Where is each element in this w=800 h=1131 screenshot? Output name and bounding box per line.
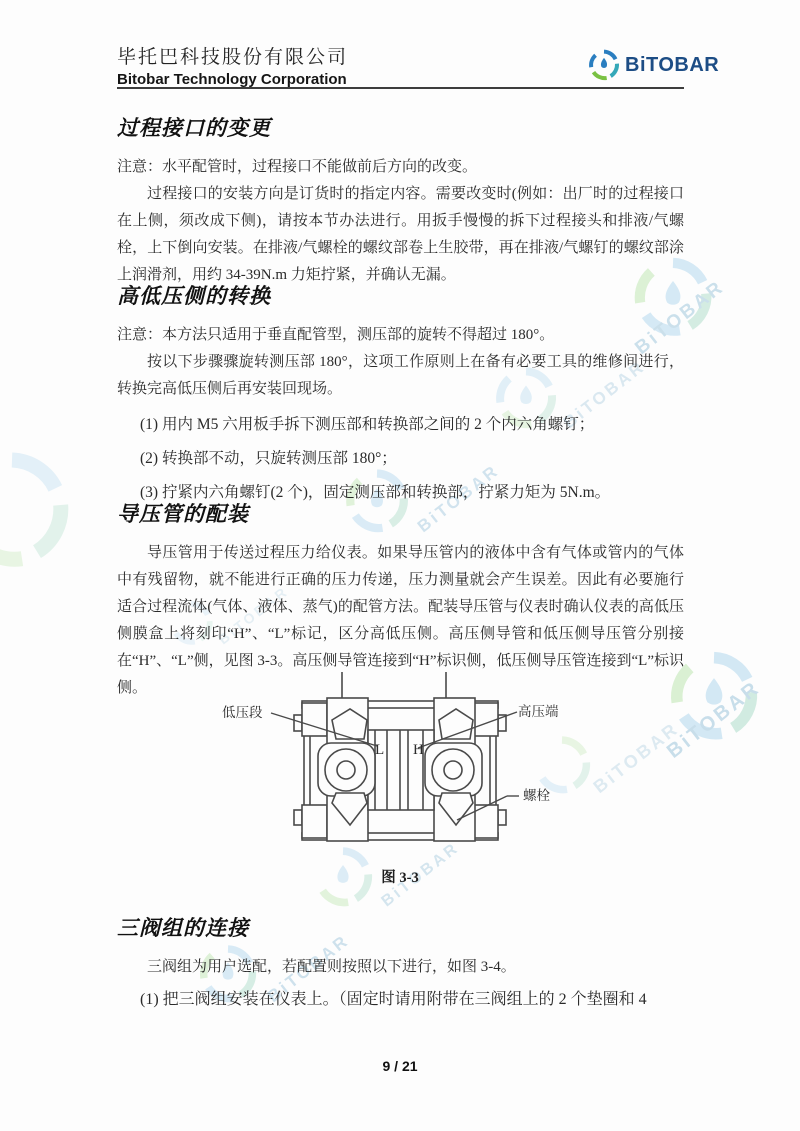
figure-label-low-pressure: 低压段 [222,705,263,720]
watermark-tile [0,450,72,575]
bitobar-watermark-icon [0,450,72,570]
bitobar-logo: BiTOBAR [588,49,719,81]
header-divider [117,87,684,89]
flange-block [473,703,498,736]
step-item: (1) 用内 M5 六用板手拆下测压部和转换部之间的 2 个内六角螺钉； [140,411,684,438]
watermark-text: BiTOBAR [590,718,684,798]
notice-paragraph: 注意：水平配管时，过程接口不能做前后方向的改变。 [117,154,684,181]
bolt-stub [294,810,302,825]
body-paragraph: 按以下步骤骤旋转测压部 180°，这项工作原则上在备有必要工具的维修间进行，转换… [117,349,684,403]
step-item: (1) 把三阀组安装在仪表上。（固定时请用附带在三阀组上的 2 个垫圈和 4 [117,986,684,1014]
body-paragraph: 过程接口的安装方向是订货时的指定内容。需要改变时(例如：出厂时的过程接口在上侧，… [117,181,684,289]
flange-block [302,805,327,838]
watermark-tile: BiTOBAR [668,650,800,766]
section-title: 过程接口的变更 [117,112,684,142]
section-high-low-pressure-swap: 高低压侧的转换 注意：本方法只适用于垂直配管型，测压部的旋转不得超过 180°。… [117,280,684,513]
bitobar-logo-text: BiTOBAR [625,54,719,77]
page-header: 毕托巴科技股份有限公司 Bitobar Technology Corporati… [117,42,348,88]
figure-caption: 图 3-3 [0,866,800,887]
page-number: 9 / 21 [0,1058,800,1074]
body-paragraph: 三阀组为用户选配，若配置则按照以下进行，如图 3-4。 [117,954,684,981]
notice-paragraph: 注意：本方法只适用于垂直配管型，测压部的旋转不得超过 180°。 [117,322,684,349]
section-title: 导压管的配装 [117,498,684,528]
bitobar-logo-icon [588,49,620,81]
section-title: 高低压侧的转换 [117,280,684,310]
figure-mark-l: L [375,742,384,758]
company-name-en: Bitobar Technology Corporation [117,71,348,88]
figure-3-3-diagram: 低压段 高压端 螺栓 L H [215,666,585,862]
step-item: (2) 转换部不动，只旋转测压部 180°； [140,445,684,472]
company-name-cn: 毕托巴科技股份有限公司 [117,42,348,69]
figure-label-bolt: 螺栓 [523,787,551,803]
flange-block [302,703,327,736]
section-title: 三阀组的连接 [117,912,684,942]
section-three-valve-manifold: 三阀组的连接 三阀组为用户选配，若配置则按照以下进行，如图 3-4。 (1) 把… [117,912,684,1014]
figure-mark-h: H [413,742,424,758]
document-page: BiTOBAR BiTOBAR BiTOBAR [0,0,800,1131]
figure-label-high-pressure: 高压端 [518,703,559,719]
bolt-stub [498,810,506,825]
section-process-interface-change: 过程接口的变更 注意：水平配管时，过程接口不能做前后方向的改变。 过程接口的安装… [117,112,684,289]
step-list: (1) 用内 M5 六用板手拆下测压部和转换部之间的 2 个内六角螺钉； (2)… [117,411,684,506]
